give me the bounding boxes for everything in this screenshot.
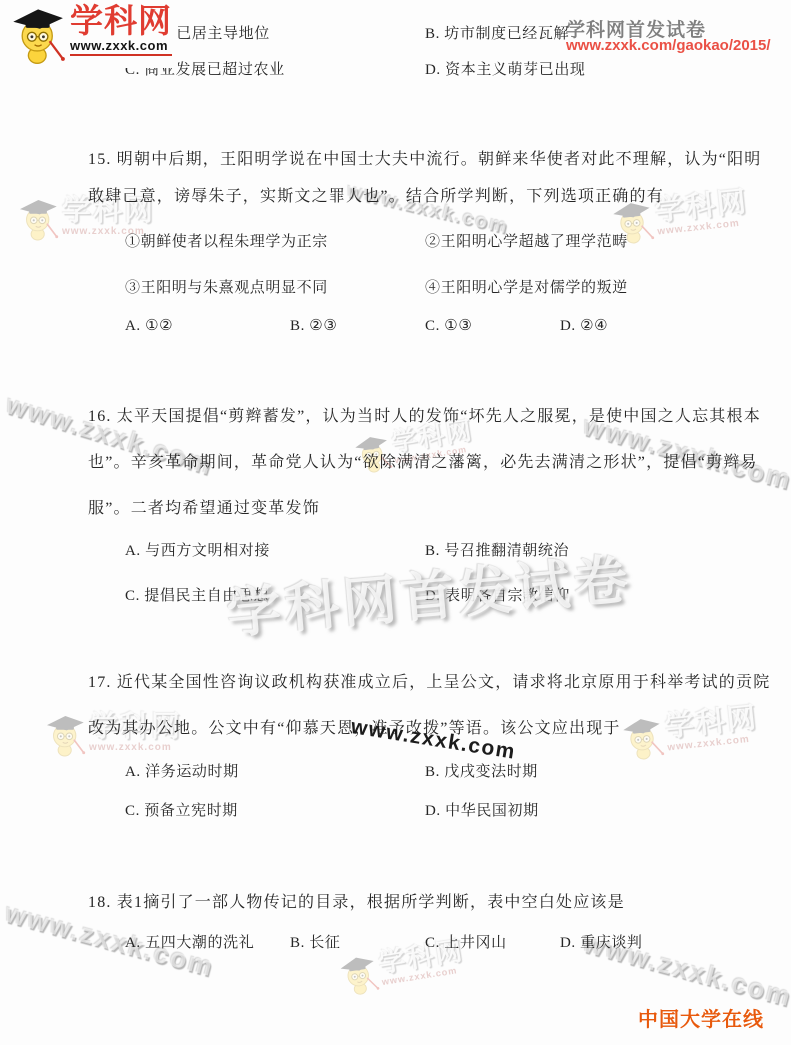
zxxk-logo-text: 学科网 (70, 4, 172, 38)
zxxk-logo: 学科网 www.zxxk.com (8, 2, 178, 68)
q17-option-d: D. 中华民国初期 (425, 799, 539, 820)
zxxk-logo-watermark-texts: 学科网 www.zxxk.com (654, 187, 751, 237)
zxxk-logo-url: www.zxxk.com (70, 38, 172, 56)
exam-scan-page: 学科网 www.zxxk.com 学科网 www.zxxk.com 学科网 ww… (0, 0, 791, 1045)
q15-text-line1: 15. 明朝中后期，王阳明学说在中国士大夫中流行。朝鲜来华使者对此不理解，认为“… (88, 146, 762, 169)
q15-option-b: B. ②③ (290, 316, 337, 335)
q16-option-a: A. 与西方文明相对接 (125, 539, 270, 560)
q17-text-line1: 17. 近代某全国性咨询议政机构获准成立后，上呈公文，请求将北京原用于科举考试的… (88, 669, 770, 692)
q18-option-a: A. 五四大潮的洗礼 (125, 931, 254, 952)
q15-text-line2: 敢肆己意，谤辱朱子，实斯文之罪人也”。结合所学判断，下列选项正确的有 (88, 183, 664, 206)
zxxk-mascot-icon (10, 4, 68, 66)
q15-option-c: C. ①③ (425, 316, 472, 335)
q17-option-a: A. 洋务运动时期 (125, 760, 239, 781)
q15-option-a: A. ①② (125, 316, 173, 335)
zxxk-logo-texts: 学科网 www.zxxk.com (70, 4, 172, 56)
footer-label: 中国大学在线 (638, 1003, 764, 1032)
q18-option-b: B. 长征 (290, 931, 341, 952)
zxxk-mascot-icon (18, 196, 60, 242)
q18-text-line1: 18. 表1摘引了一部人物传记的目录，根据所学判断，表中空白处应该是 (88, 889, 625, 912)
zxxk-mascot-icon (45, 712, 87, 758)
zxxk-mascot-icon (620, 713, 667, 763)
q18-option-d: D. 重庆谈判 (560, 931, 643, 952)
q16-text-line3: 服”。二者均希望通过变革发饰 (88, 495, 320, 518)
q17-option-b: B. 戊戌变法时期 (425, 760, 538, 781)
q15-item-2: ②王阳明心学超越了理学范畴 (425, 230, 628, 251)
zxxk-mascot-icon (337, 951, 382, 999)
banner-watermark: 学科网首发试卷 (223, 536, 634, 648)
q14-option-d: D. 资本主义萌芽已出现 (425, 58, 586, 79)
q15-item-1: ①朝鲜使者以程朱理学为正宗 (125, 230, 328, 251)
q15-option-d: D. ②④ (560, 316, 608, 335)
q15-item-3: ③王阳明与朱熹观点明显不同 (125, 276, 328, 297)
watermark-logo-url: www.zxxk.com (89, 742, 182, 753)
q18-option-c: C. 上井冈山 (425, 931, 507, 952)
stamp-url: www.zxxk.com/gaokao/2015/ (566, 37, 771, 54)
q16-text-line1: 16. 太平天国提倡“剪辫蓄发”，认为当时人的发饰“坏先人之服冕，是使中国之人忘… (88, 403, 761, 426)
zxxk-logo-watermark: 学科网 www.zxxk.com (620, 703, 761, 763)
q14-option-b: B. 坊市制度已经瓦解 (425, 22, 569, 43)
q15-item-4: ④王阳明心学是对儒学的叛逆 (425, 276, 628, 297)
q17-option-c: C. 预备立宪时期 (125, 799, 238, 820)
zxxk-logo-watermark-texts: 学科网 www.zxxk.com (664, 703, 761, 753)
q16-text-line2: 也”。辛亥革命期间，革命党人认为“欲除满清之藩篱，必先去满清之形状”，提倡“剪辫… (88, 449, 758, 472)
